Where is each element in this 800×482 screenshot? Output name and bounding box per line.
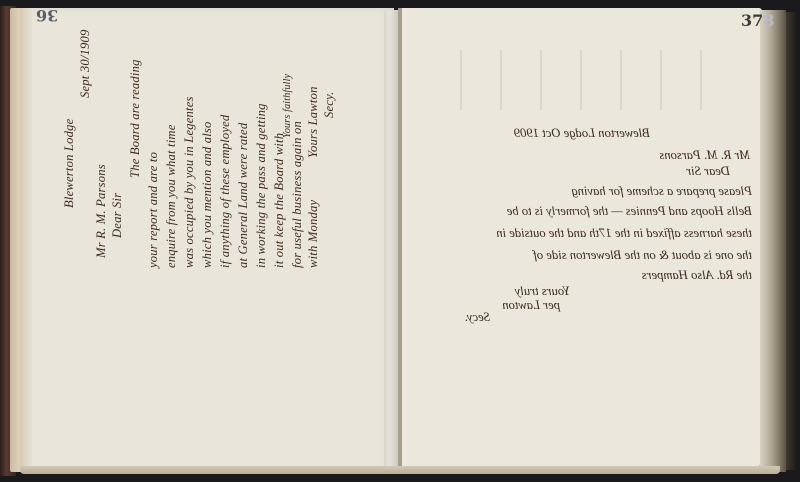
- folio-number-right-value: 37: [741, 11, 763, 30]
- folio-number-right-faint: 8: [763, 11, 774, 30]
- letter-line: with Monday: [306, 200, 321, 268]
- offset-signature-title: Secy.: [464, 310, 490, 325]
- offset-line: the one is about & on the Blewerton side…: [533, 248, 752, 263]
- folio-number-right: 378: [741, 11, 774, 30]
- letter-signature: Yours Lawton: [306, 86, 321, 158]
- tissue-leaf: [384, 10, 398, 472]
- page-stack-bottom: [20, 466, 780, 474]
- offset-line: these harness affixed in the 17th and th…: [496, 226, 752, 241]
- letter-line: in working the pass and getting: [254, 103, 269, 268]
- letter-line: was occupied by you in Legentes: [182, 96, 197, 268]
- offset-recipient: Mr R. M. Parsons: [659, 148, 750, 163]
- letter-address: Blewerton Lodge: [62, 119, 77, 208]
- letter-line: enquire from you what time: [164, 125, 179, 268]
- page-edge-shadow: [22, 8, 32, 470]
- letter-date: Sept 30/1909: [78, 29, 93, 98]
- offset-line: Bells Hoops and Pennies — the formerly i…: [507, 204, 752, 219]
- folio-number-left: 36: [36, 6, 58, 25]
- letter-signature-title: Secy.: [322, 91, 337, 118]
- letter-recipient: Mr R. M. Parsons: [94, 164, 109, 258]
- letter-salutation: Dear Sir: [110, 193, 125, 238]
- letter-line: your report and are to: [146, 152, 161, 268]
- offset-signature: per Lawton: [502, 298, 560, 313]
- letter-line: which you mention and also: [200, 121, 215, 268]
- letter-line: for useful business again on: [290, 121, 305, 268]
- letter-closing: Yours faithfully: [282, 74, 293, 138]
- bleed-through-marks: [440, 50, 720, 130]
- offset-line: Please prepare a scheme for having: [571, 184, 752, 199]
- letter-line: if anything of these employed: [218, 115, 233, 268]
- letter-line: at General Land were rated: [236, 123, 251, 268]
- page-stack-right: [760, 10, 786, 472]
- offset-salutation: Dear Sir: [686, 164, 730, 179]
- offset-address: Blewerton Lodge Oct 1909: [514, 126, 650, 141]
- book-cover-edge-right: [786, 12, 796, 470]
- offset-closing: Yours truly: [515, 284, 570, 299]
- offset-line: the Rd. Also Hampers: [642, 268, 752, 283]
- letter-line: The Board are reading: [128, 59, 143, 178]
- right-letter-offset: Blewerton Lodge Oct 1909 Mr R. M. Parson…: [420, 120, 760, 320]
- letter-line: it out keep the Board with: [272, 133, 287, 268]
